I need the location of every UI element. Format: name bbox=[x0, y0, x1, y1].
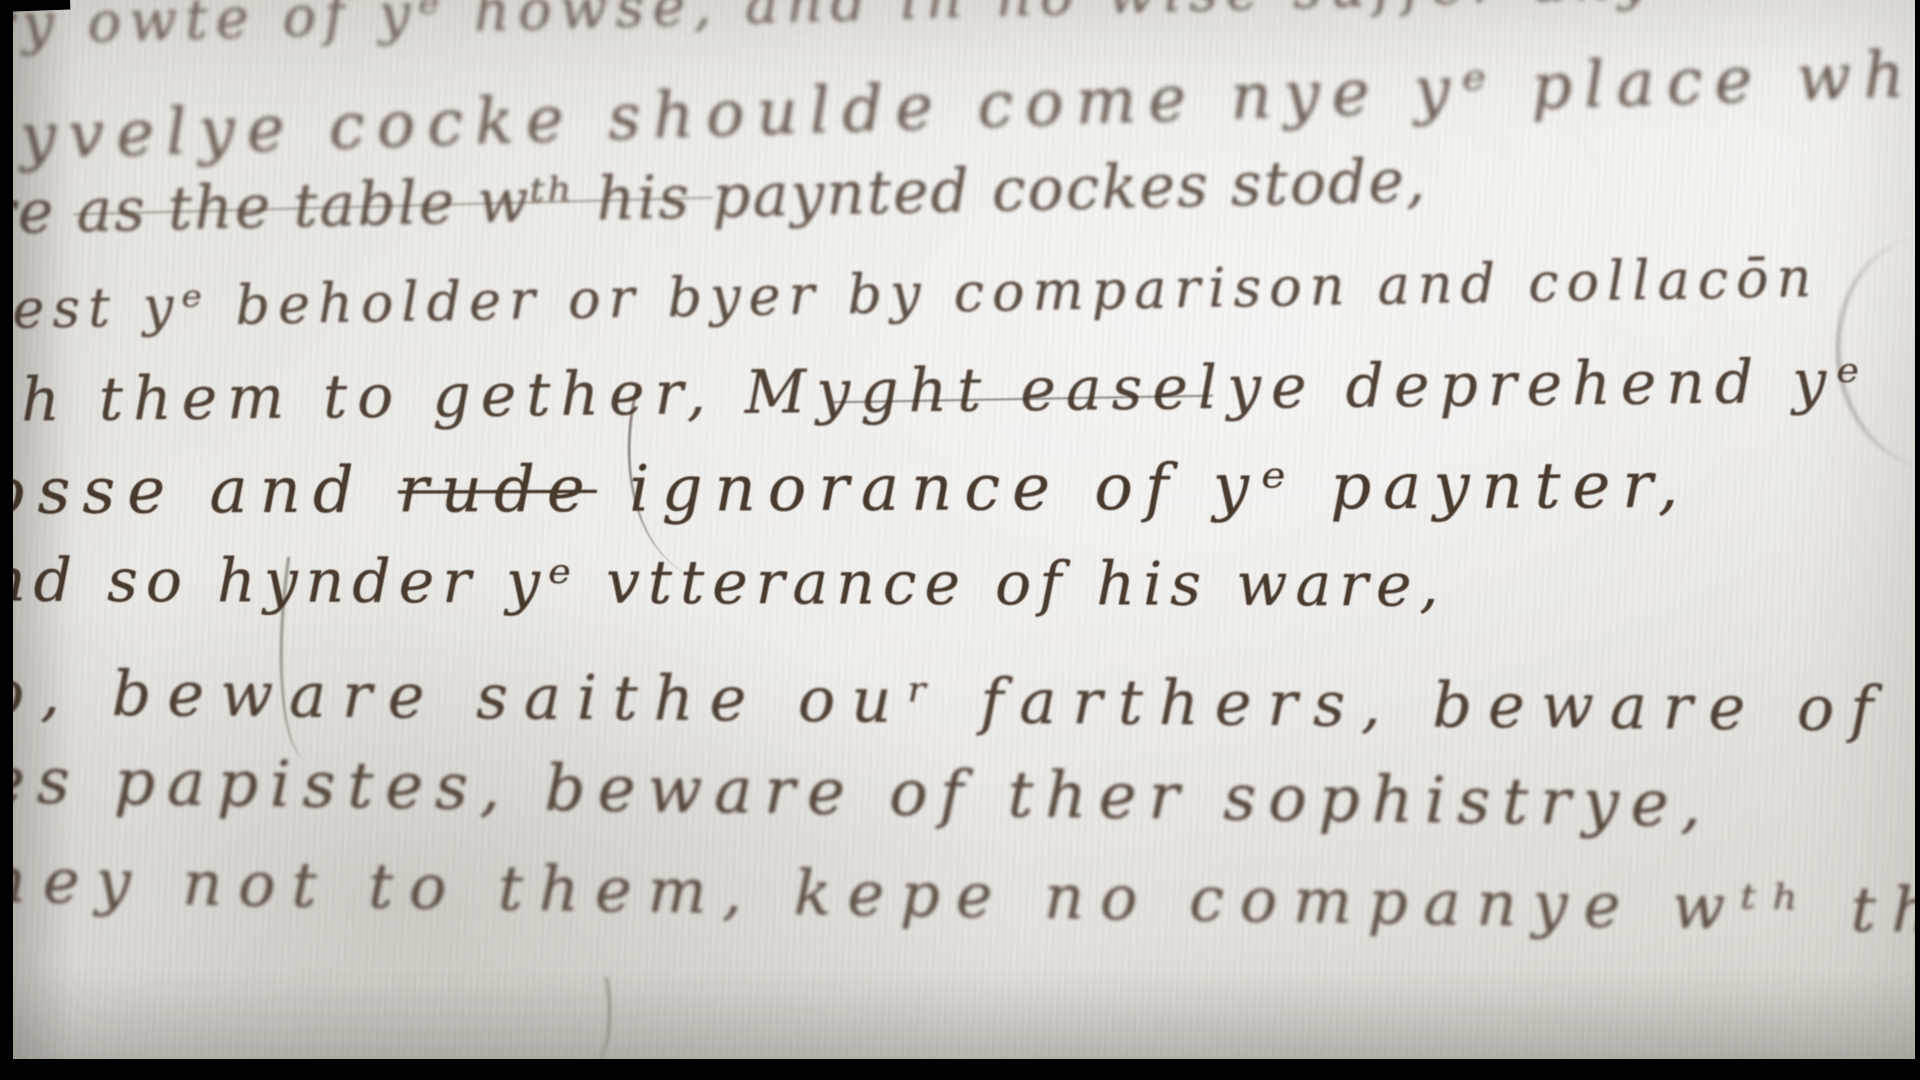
line-6-post: ignorance of yᵉ paynter, bbox=[597, 449, 1691, 527]
handwritten-line-2: lyvelye cocke shoulde come nye yᵉ place … bbox=[13, 34, 1915, 176]
manuscript-photo: ry owte of yᵉ howse, and in no wise suff… bbox=[0, 0, 1920, 1080]
handwritten-line-8: o, beware saithe ouʳ farthers, beware of bbox=[13, 656, 1890, 746]
handwritten-line-9: es papistes, beware of ther sophistrye, bbox=[13, 744, 1713, 842]
line-6-struck-word: rude bbox=[398, 453, 597, 528]
handwritten-line-7: nd so hynder yᵉ vtterance of his ware, bbox=[13, 545, 1447, 620]
handwritten-line-1: ry owte of yᵉ howse, and in no wise suff… bbox=[13, 0, 1658, 58]
paper: ry owte of yᵉ howse, and in no wise suff… bbox=[13, 0, 1915, 1059]
ink-descender-flourish bbox=[566, 977, 624, 1059]
handwritten-line-5: th them to gether, Myght easelye deprehe… bbox=[13, 346, 1870, 436]
handwritten-line-6: osse and rude ignorance of yᵉ paynter, bbox=[13, 449, 1690, 529]
handwritten-line-10: hey not to them, kepe no companye wᵗʰ th… bbox=[13, 843, 1915, 949]
handwritten-line-4: lest yᵉ beholder or byer by comparison a… bbox=[13, 246, 1820, 341]
line-6-pre: osse and bbox=[13, 454, 398, 529]
